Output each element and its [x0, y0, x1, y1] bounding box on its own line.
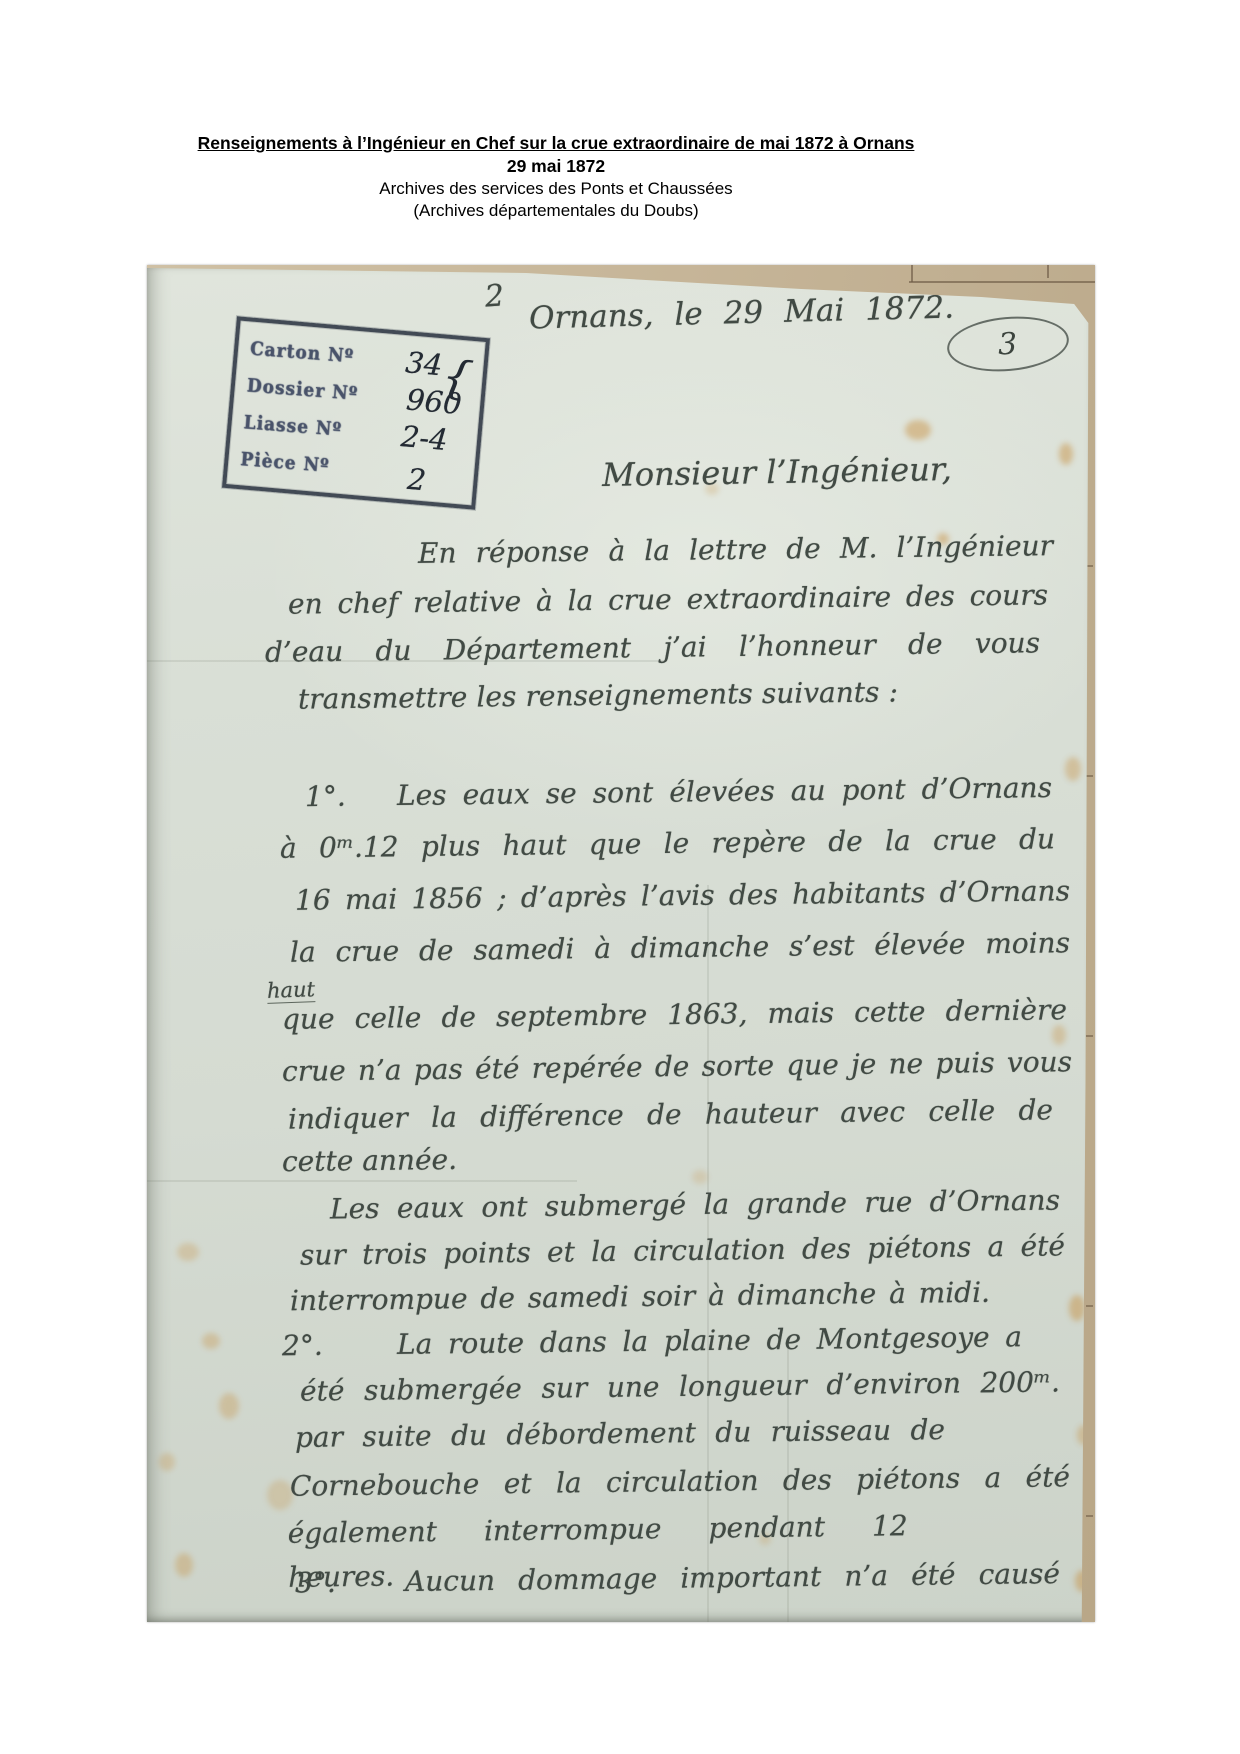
background-rule-mark: [1086, 775, 1093, 777]
item-number: 1°.: [305, 775, 346, 819]
paper-stain: [1075, 1570, 1090, 1592]
handwritten-text: La route dans la plaine de Montgesoye a: [397, 1320, 1022, 1361]
stamp-label: Pièce Nº: [240, 449, 369, 480]
background-rule-mark: [1086, 1035, 1093, 1037]
salutation: Monsieur l’Ingénieur,: [602, 450, 952, 494]
paper-stain: [175, 1553, 193, 1577]
folio-number: 3: [998, 326, 1018, 362]
paper-stain: [1065, 757, 1081, 781]
background-seam-line: [1047, 265, 1049, 278]
background-seam-line: [911, 265, 913, 282]
background-rule-mark: [1086, 1515, 1093, 1517]
stamp-value: 2-4: [400, 419, 449, 457]
paper-stain: [159, 1453, 175, 1471]
archive-stamp: Carton Nº 34 Dossier Nº 960 Liasse Nº 2-…: [222, 316, 490, 509]
handwritten-line: cette année.: [282, 1138, 458, 1184]
paper-stain: [219, 1393, 239, 1419]
handwritten-line: en chef relative à la crue extraordinair…: [288, 573, 1048, 626]
header-date: 29 mai 1872: [0, 155, 1112, 177]
document-page: Renseignements à l’Ingénieur en Chef sur…: [0, 0, 1240, 1754]
stamp-label: Carton Nº: [249, 338, 378, 369]
handwritten-line: par suite du débordement du ruisseau de: [295, 1408, 945, 1460]
stamp-value: 2: [406, 461, 427, 496]
archive-source: Archives des services des Ponts et Chaus…: [0, 178, 1112, 200]
stamp-label: Dossier Nº: [246, 375, 375, 406]
paper-stain: [905, 420, 931, 440]
paper-stain: [1077, 1425, 1091, 1445]
handwritten-text: Les eaux se sont élevées au pont d’Ornan…: [397, 771, 1052, 812]
paper-stain: [1059, 443, 1073, 465]
archive-source-2: (Archives départementales du Doubs): [0, 200, 1112, 222]
handwritten-line: été submergée sur une longueur d’environ…: [300, 1360, 1060, 1413]
handwritten-text: Aucun dommage important n’a été causé: [405, 1557, 1060, 1598]
handwritten-line: 3°.Aucun dommage important n’a été causé: [405, 1552, 1060, 1604]
handwritten-line: indiquer la différence de hauteur avec c…: [288, 1088, 1053, 1141]
item-number: 2°.: [282, 1324, 323, 1368]
archival-page-number: 2: [484, 278, 505, 314]
background-seam-line: [909, 281, 1095, 283]
background-rule-mark: [1086, 1305, 1093, 1307]
paper-stain: [202, 1333, 220, 1349]
paper-stain: [177, 1243, 199, 1261]
paper-stain: [837, 1673, 855, 1687]
caption-block: Renseignements à l’Ingénieur en Chef sur…: [0, 132, 1112, 222]
stamp-label: Liasse Nº: [243, 412, 372, 443]
handwritten-line: 2°.La route dans la plaine de Montgesoye…: [397, 1315, 1022, 1367]
handwritten-line: interrompue de samedi soir à dimanche à …: [290, 1271, 990, 1324]
handwritten-line: En réponse à la lettre de M. l’Ingénieur: [418, 524, 1053, 576]
letter-photograph: 2 Ornans, le 29 Mai 1872. 3 Carton Nº 34…: [147, 265, 1095, 1622]
handwritten-line: transmettre les renseignements suivants …: [298, 670, 898, 721]
page-title: Renseignements à l’Ingénieur en Chef sur…: [0, 132, 1112, 154]
item-number: 3°.: [295, 1561, 336, 1605]
paper-stain: [1069, 1295, 1085, 1321]
handwritten-line: sur trois points et la circulation des p…: [300, 1224, 1065, 1277]
stamp-value: 34: [404, 345, 444, 382]
handwritten-line: 1°.Les eaux se sont élevées au pont d’Or…: [397, 766, 1052, 818]
handwritten-line: Les eaux ont submergé la grande rue d’Or…: [330, 1179, 1060, 1232]
